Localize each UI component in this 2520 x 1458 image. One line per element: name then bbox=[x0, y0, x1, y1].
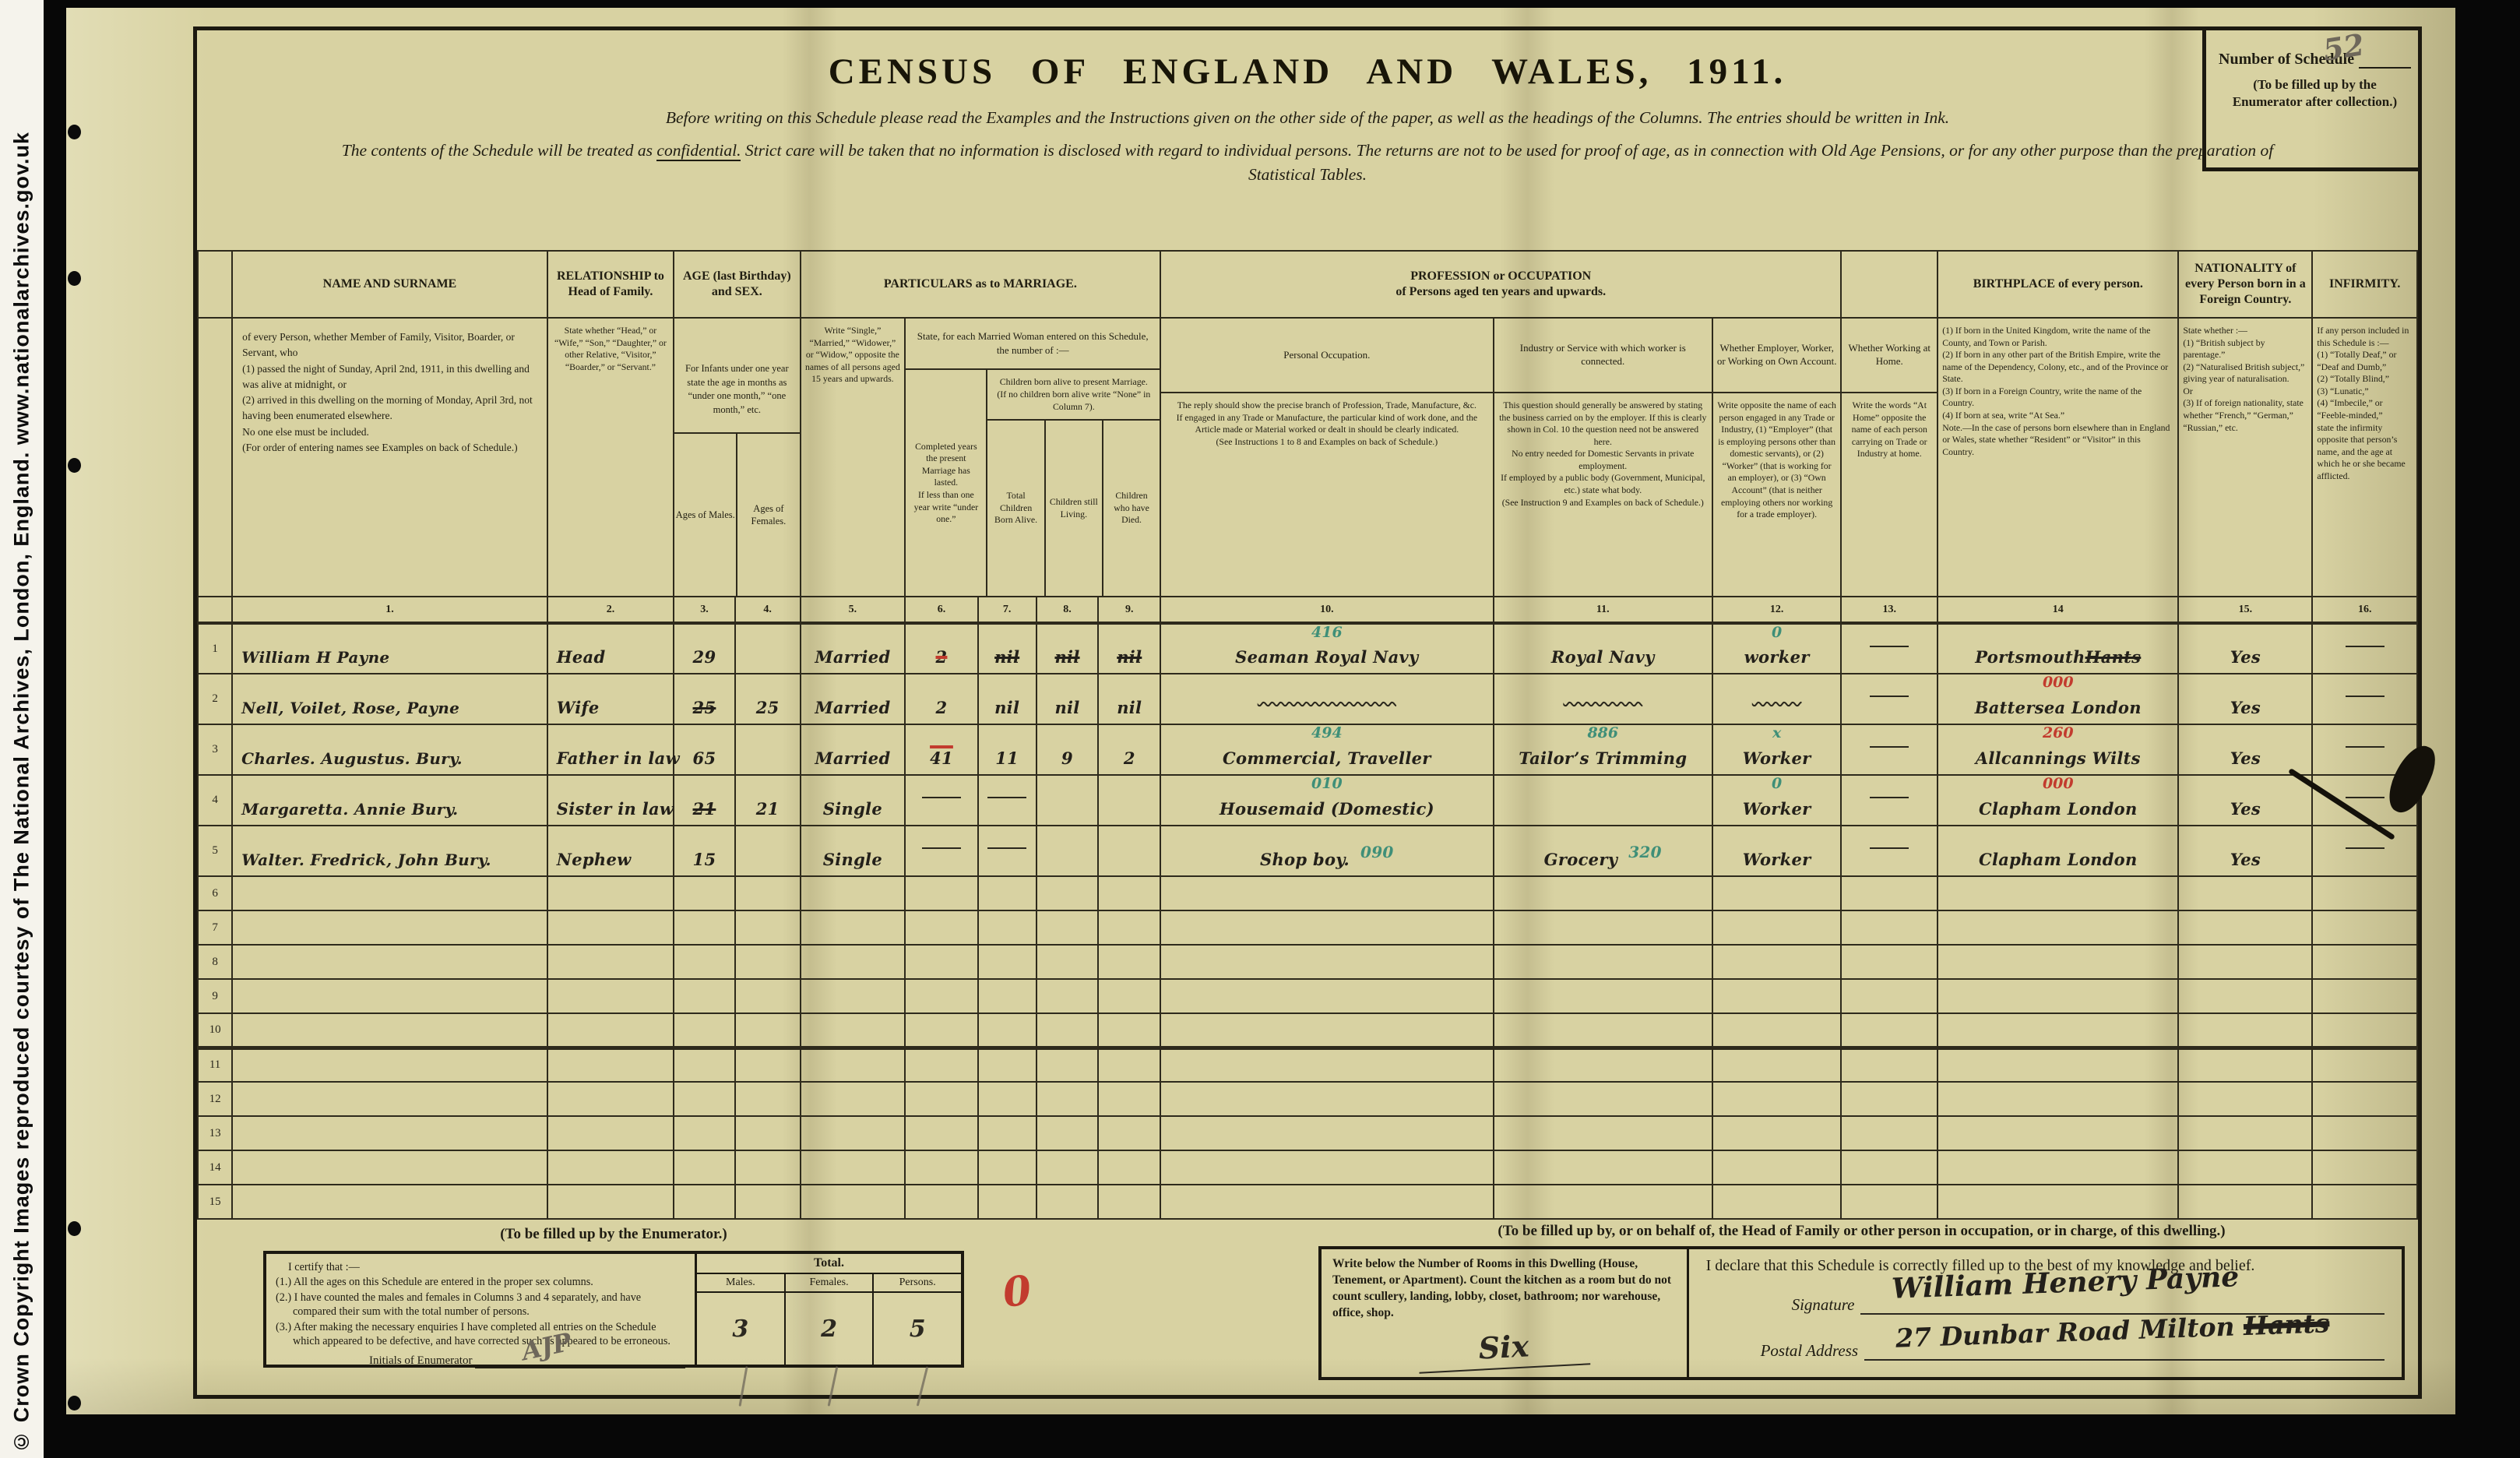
cell-c13 bbox=[1841, 979, 1938, 1013]
dash-mark bbox=[1870, 847, 1909, 849]
punch-hole bbox=[68, 1396, 81, 1410]
cell-c9 bbox=[1098, 1150, 1160, 1185]
table-row-14: 14 bbox=[198, 1150, 2417, 1185]
cell-c15 bbox=[2178, 945, 2312, 979]
col-industry-cell: Industry or Service with which worker is… bbox=[1494, 318, 1712, 597]
cell-c12: xWorker bbox=[1712, 724, 1841, 775]
table-row-12: 12 bbox=[198, 1082, 2417, 1116]
working-at-home-label: Whether Working at Home. bbox=[1842, 319, 1937, 393]
handwritten-entry: Single bbox=[823, 850, 882, 869]
pencil-tick bbox=[739, 1366, 748, 1407]
cell-c14: 000Clapham London bbox=[1938, 775, 2178, 826]
cell-c13 bbox=[1841, 1048, 1938, 1082]
cell-c6 bbox=[905, 910, 977, 945]
cell-c3 bbox=[674, 1116, 735, 1150]
cell-c9 bbox=[1098, 1082, 1160, 1116]
cell-c7 bbox=[978, 979, 1037, 1013]
colnum-blank bbox=[198, 597, 232, 623]
cell-c2: Wife bbox=[547, 674, 674, 724]
col-age-desc-cell: For Infants under one year state the age… bbox=[674, 318, 800, 597]
handwritten-entry: Nephew bbox=[557, 850, 632, 869]
cell-c15 bbox=[2178, 1048, 2312, 1082]
total-label: Total. bbox=[697, 1254, 961, 1274]
cell-c15 bbox=[2178, 876, 2312, 910]
confidential-pre: The contents of the Schedule will be tre… bbox=[342, 141, 657, 160]
cell-c16 bbox=[2312, 623, 2417, 674]
copyright-text: © Crown Copyright Images reproduced cour… bbox=[10, 132, 34, 1453]
cell-c12 bbox=[1712, 1185, 1841, 1219]
cell-c2 bbox=[547, 1013, 674, 1048]
rooms-text: Write below the Number of Rooms in this … bbox=[1332, 1257, 1671, 1319]
handwritten-entry: Battersea London bbox=[1975, 698, 2142, 717]
males-label: Males. bbox=[697, 1274, 784, 1293]
cell-c8 bbox=[1037, 826, 1099, 876]
handwritten-entry: 29 bbox=[693, 647, 716, 667]
cell-c12: Worker bbox=[1712, 826, 1841, 876]
cell-c9 bbox=[1098, 910, 1160, 945]
cell-c4 bbox=[735, 1185, 801, 1219]
cell-c13 bbox=[1841, 1082, 1938, 1116]
cell-c6 bbox=[905, 1082, 977, 1116]
cell-c5: Single bbox=[801, 775, 906, 826]
cell-c9 bbox=[1098, 1013, 1160, 1048]
cell-c6: 41 bbox=[905, 724, 977, 775]
cell-c7 bbox=[978, 775, 1037, 826]
cell-c8 bbox=[1037, 1185, 1099, 1219]
handwritten-entry: Seaman Royal Navy bbox=[1235, 647, 1418, 667]
handwritten-entry: 25 bbox=[693, 698, 716, 717]
cell-c14: Portsmouth Hants bbox=[1938, 623, 2178, 674]
working-at-home-desc: Write the words “At Home” opposite the n… bbox=[1842, 393, 1937, 596]
cell-c1 bbox=[232, 876, 547, 910]
row-number: 3 bbox=[198, 724, 232, 775]
cell-c6 bbox=[905, 1013, 977, 1048]
row-number: 4 bbox=[198, 775, 232, 826]
cell-c1 bbox=[232, 1082, 547, 1116]
cell-c7 bbox=[978, 1150, 1037, 1185]
cell-c12: 0Worker bbox=[1712, 775, 1841, 826]
handwritten-entry: Married bbox=[815, 698, 890, 717]
cell-c3: 25 bbox=[674, 674, 735, 724]
dwelling-caption: (To be filled up by, or on behalf of, th… bbox=[1318, 1223, 2405, 1240]
ages-of-females-label: Ages of Females. bbox=[737, 434, 799, 596]
cell-c1: Charles. Augustus. Bury. bbox=[232, 724, 547, 775]
census-schedule-page: CENSUS OF ENGLAND AND WALES, 1911. Befor… bbox=[66, 8, 2455, 1414]
cell-c5 bbox=[801, 979, 906, 1013]
schedule-number-rule bbox=[2359, 50, 2411, 69]
cell-c11 bbox=[1494, 910, 1712, 945]
cell-c3: 29 bbox=[674, 623, 735, 674]
cell-c4 bbox=[735, 945, 801, 979]
cell-c8 bbox=[1037, 876, 1099, 910]
cell-c15 bbox=[2178, 979, 2312, 1013]
table-row-13: 13 bbox=[198, 1116, 2417, 1150]
handwritten-entry: Single bbox=[823, 799, 882, 819]
cell-c9 bbox=[1098, 1116, 1160, 1150]
cell-c11 bbox=[1494, 775, 1712, 826]
handwritten-entry: Housemaid (Domestic) bbox=[1220, 799, 1434, 819]
green-annotation: 010 bbox=[1311, 777, 1343, 791]
cell-c8: nil bbox=[1037, 623, 1099, 674]
cell-c16 bbox=[2312, 910, 2417, 945]
cell-c7: 11 bbox=[978, 724, 1037, 775]
cell-c14 bbox=[1938, 1150, 2178, 1185]
cell-c12 bbox=[1712, 1013, 1841, 1048]
header-desc-row: of every Person, whether Member of Famil… bbox=[198, 318, 2417, 597]
cell-c2: Sister in law bbox=[547, 775, 674, 826]
initials-label: Initials of Enumerator bbox=[369, 1354, 472, 1369]
cell-c10 bbox=[1160, 945, 1493, 979]
males-total-value: 3 bbox=[697, 1293, 784, 1365]
cell-c14 bbox=[1938, 876, 2178, 910]
cell-c11 bbox=[1494, 1185, 1712, 1219]
dash-mark bbox=[987, 797, 1026, 798]
cell-c9: 2 bbox=[1098, 724, 1160, 775]
cell-c7 bbox=[978, 1082, 1037, 1116]
cell-c16 bbox=[2312, 1150, 2417, 1185]
pencil-tick bbox=[917, 1366, 928, 1406]
cell-c6 bbox=[905, 826, 977, 876]
cell-c16 bbox=[2312, 1185, 2417, 1219]
cell-c11 bbox=[1494, 1048, 1712, 1082]
cell-c6: 2 bbox=[905, 674, 977, 724]
cell-c2: Father in law bbox=[547, 724, 674, 775]
census-table: NAME AND SURNAME RELATIONSHIP to Head of… bbox=[197, 250, 2418, 1220]
cell-c16 bbox=[2312, 1116, 2417, 1150]
cell-c1: Walter. Fredrick, John Bury. bbox=[232, 826, 547, 876]
cell-c1 bbox=[232, 1116, 547, 1150]
row-number: 2 bbox=[198, 674, 232, 724]
females-total-col: Females. 2 bbox=[786, 1274, 875, 1365]
dash-mark bbox=[2346, 797, 2384, 798]
schedule-number-line: Number of Schedule 52 bbox=[2219, 50, 2411, 69]
row-number: 9 bbox=[198, 979, 232, 1013]
cell-c14: Clapham London bbox=[1938, 826, 2178, 876]
cell-c8 bbox=[1037, 945, 1099, 979]
handwritten-entry: Married bbox=[815, 748, 890, 768]
colnum-4: 4. bbox=[735, 597, 801, 623]
handwritten-entry: 21 bbox=[756, 799, 780, 819]
colnum-1: 1. bbox=[232, 597, 547, 623]
cell-c1 bbox=[232, 1048, 547, 1082]
cell-c8 bbox=[1037, 910, 1099, 945]
wavy-mark: xxxxxxxxxxxxxx bbox=[1258, 688, 1396, 705]
punch-hole bbox=[68, 125, 81, 139]
cell-c14 bbox=[1938, 1082, 2178, 1116]
cell-c3 bbox=[674, 876, 735, 910]
handwritten-entry: Charles. Augustus. Bury. bbox=[241, 749, 463, 768]
cell-c14: 000Battersea London bbox=[1938, 674, 2178, 724]
cell-c5 bbox=[801, 876, 906, 910]
table-row-3: 3Charles. Augustus. Bury.Father in law65… bbox=[198, 724, 2417, 775]
cell-c5 bbox=[801, 1048, 906, 1082]
enumerator-certify: I certify that :— (1.) All the ages on t… bbox=[266, 1254, 697, 1365]
dash-mark bbox=[2346, 847, 2384, 849]
red-annotation: 000 bbox=[2043, 675, 2074, 689]
green-annotation: 090 bbox=[1360, 843, 1394, 861]
certify-lead: I certify that :— bbox=[276, 1260, 685, 1274]
cell-c8 bbox=[1037, 1082, 1099, 1116]
colnum-10: 10. bbox=[1160, 597, 1493, 623]
cell-c4 bbox=[735, 1013, 801, 1048]
children-living-label: Children still Living. bbox=[1046, 421, 1103, 596]
handwritten-entry: 25 bbox=[756, 698, 780, 717]
col-birthplace-desc: (1) If born in the United Kingdom, write… bbox=[1938, 318, 2178, 597]
handwritten-entry: Worker bbox=[1743, 850, 1811, 869]
cell-c15: Yes bbox=[2178, 724, 2312, 775]
industry-desc: This question should generally be answer… bbox=[1494, 393, 1712, 596]
col-nationality-desc: State whether :— (1) “British subject by… bbox=[2178, 318, 2312, 597]
green-annotation: x bbox=[1772, 726, 1781, 740]
handwritten-entry: Clapham London bbox=[1979, 850, 2138, 869]
cell-c3 bbox=[674, 910, 735, 945]
cell-c16 bbox=[2312, 876, 2417, 910]
cell-c16 bbox=[2312, 1082, 2417, 1116]
cell-c5 bbox=[801, 1082, 906, 1116]
dash-mark bbox=[987, 847, 1026, 849]
cell-c14 bbox=[1938, 945, 2178, 979]
cell-c15: Yes bbox=[2178, 826, 2312, 876]
children-born-label: Total Children Born Alive. bbox=[987, 421, 1045, 596]
cell-c6 bbox=[905, 775, 977, 826]
wavy-mark: xxxxx bbox=[1752, 688, 1802, 705]
table-row-4: 4Margaretta. Annie Bury.Sister in law212… bbox=[198, 775, 2417, 826]
cell-c4 bbox=[735, 1150, 801, 1185]
table-row-1: 1William H PayneHead29Married2nilnilnil4… bbox=[198, 623, 2417, 674]
rooms-panel: Write below the Number of Rooms in this … bbox=[1322, 1249, 1689, 1377]
handwritten-entry: nil bbox=[994, 647, 1019, 667]
cell-c4: 25 bbox=[735, 674, 801, 724]
cell-c11: Grocery320 bbox=[1494, 826, 1712, 876]
handwritten-entry: William H Payne bbox=[241, 648, 389, 667]
cell-c4 bbox=[735, 1048, 801, 1082]
bottom-section: (To be filled up by the Enumerator.) I c… bbox=[197, 1220, 2418, 1403]
cell-c16 bbox=[2312, 979, 2417, 1013]
col-name-title: NAME AND SURNAME bbox=[232, 251, 547, 318]
cell-c3: 65 bbox=[674, 724, 735, 775]
cell-c7 bbox=[978, 910, 1037, 945]
cell-c6 bbox=[905, 945, 977, 979]
cell-c8 bbox=[1037, 1150, 1099, 1185]
cell-c5 bbox=[801, 910, 906, 945]
colnum-14: 14 bbox=[1938, 597, 2178, 623]
cell-c14 bbox=[1938, 910, 2178, 945]
cell-c12 bbox=[1712, 1048, 1841, 1082]
cell-c13 bbox=[1841, 674, 1938, 724]
cell-c7 bbox=[978, 876, 1037, 910]
cell-c13 bbox=[1841, 945, 1938, 979]
table-row-9: 9 bbox=[198, 979, 2417, 1013]
ages-of-males-label: Ages of Males. bbox=[674, 434, 737, 596]
cell-c7 bbox=[978, 826, 1037, 876]
table-row-8: 8 bbox=[198, 945, 2417, 979]
females-label: Females. bbox=[786, 1274, 873, 1293]
col-marital-desc: Write “Single,” “Married,” “Widower,” or… bbox=[801, 318, 906, 597]
cell-c2: Head bbox=[547, 623, 674, 674]
cell-c10 bbox=[1160, 1082, 1493, 1116]
cell-c15 bbox=[2178, 910, 2312, 945]
handwritten-entry: Worker bbox=[1743, 799, 1811, 819]
table-row-7: 7 bbox=[198, 910, 2417, 945]
col-infirmity-desc: If any person included in this Schedule … bbox=[2312, 318, 2417, 597]
cell-c2 bbox=[547, 1082, 674, 1116]
employer-worker-desc: Write opposite the name of each person e… bbox=[1713, 393, 1840, 596]
cell-c5: Married bbox=[801, 674, 906, 724]
handwritten-entry: Margaretta. Annie Bury. bbox=[241, 800, 458, 819]
handwritten-entry: Commercial, Traveller bbox=[1223, 748, 1431, 768]
cell-c10 bbox=[1160, 1116, 1493, 1150]
handwritten-entry: nil bbox=[1054, 647, 1079, 667]
pencil-tick bbox=[828, 1366, 839, 1406]
handwritten-entry: worker bbox=[1744, 647, 1810, 667]
cell-c7 bbox=[978, 1185, 1037, 1219]
cell-c1 bbox=[232, 945, 547, 979]
cell-c10 bbox=[1160, 1185, 1493, 1219]
cell-c8: nil bbox=[1037, 674, 1099, 724]
cell-c11 bbox=[1494, 876, 1712, 910]
cell-c1: William H Payne bbox=[232, 623, 547, 674]
cell-c3 bbox=[674, 1150, 735, 1185]
dash-mark bbox=[922, 797, 961, 798]
cell-c9 bbox=[1098, 1185, 1160, 1219]
handwritten-entry: Nell, Voilet, Rose, Payne bbox=[241, 699, 459, 717]
cell-c14 bbox=[1938, 1013, 2178, 1048]
cell-c1 bbox=[232, 1013, 547, 1048]
cell-c14: 260Allcannings Wilts bbox=[1938, 724, 2178, 775]
colnum-11: 11. bbox=[1494, 597, 1712, 623]
cell-c15: Yes bbox=[2178, 623, 2312, 674]
cell-c13 bbox=[1841, 876, 1938, 910]
cell-c13 bbox=[1841, 910, 1938, 945]
cell-c1: Margaretta. Annie Bury. bbox=[232, 775, 547, 826]
cell-c11: xxxxxxxx bbox=[1494, 674, 1712, 724]
cell-c12: 0worker bbox=[1712, 623, 1841, 674]
cell-c11 bbox=[1494, 1150, 1712, 1185]
form-header: CENSUS OF ENGLAND AND WALES, 1911. Befor… bbox=[197, 30, 2418, 250]
column-number-row: 1. 2. 3. 4. 5. 6. 7. 8. 9. 10. 11. 12. 1… bbox=[198, 597, 2417, 623]
cell-c10: 416Seaman Royal Navy bbox=[1160, 623, 1493, 674]
postal-address-struck-county: Hants bbox=[2243, 1308, 2330, 1341]
personal-occupation-desc: The reply should show the precise branch… bbox=[1161, 393, 1492, 596]
females-total-value: 2 bbox=[786, 1293, 873, 1365]
cell-c16 bbox=[2312, 1048, 2417, 1082]
cell-c1 bbox=[232, 979, 547, 1013]
declaration-box: Write below the Number of Rooms in this … bbox=[1318, 1246, 2405, 1380]
cell-c3: 21 bbox=[674, 775, 735, 826]
handwritten-entry: Hants bbox=[2085, 647, 2142, 667]
cell-c8 bbox=[1037, 775, 1099, 826]
handwritten-entry: Royal Navy bbox=[1551, 647, 1655, 667]
handwritten-entry: Shop boy. bbox=[1260, 850, 1350, 869]
page-title: CENSUS OF ENGLAND AND WALES, 1911. bbox=[197, 30, 2418, 93]
cell-c7: nil bbox=[978, 623, 1037, 674]
cell-c12 bbox=[1712, 1116, 1841, 1150]
handwritten-entry: Father in law bbox=[557, 748, 680, 768]
cell-c3 bbox=[674, 979, 735, 1013]
table-row-5: 5Walter. Fredrick, John Bury.Nephew15Sin… bbox=[198, 826, 2417, 876]
cell-c5 bbox=[801, 1185, 906, 1219]
green-annotation: 494 bbox=[1311, 726, 1343, 740]
instruction-line: Before writing on this Schedule please r… bbox=[334, 108, 2281, 128]
handwritten-entry: Yes bbox=[2230, 748, 2261, 768]
cell-c4 bbox=[735, 910, 801, 945]
certify-item-2: (2.) I have counted the males and female… bbox=[276, 1291, 685, 1319]
handwritten-entry: nil bbox=[994, 698, 1019, 717]
handwritten-entry: Married bbox=[815, 647, 890, 667]
col-married-woman-cell: State, for each Married Woman entered on… bbox=[905, 318, 1160, 597]
enumerator-initials-row: Initials of Enumerator AJP bbox=[276, 1354, 685, 1369]
green-annotation: 0 bbox=[1772, 625, 1782, 639]
form-frame: CENSUS OF ENGLAND AND WALES, 1911. Befor… bbox=[193, 26, 2422, 1399]
handwritten-entry: 11 bbox=[995, 748, 1019, 768]
handwritten-entry: Clapham London bbox=[1979, 799, 2138, 819]
cell-c11 bbox=[1494, 979, 1712, 1013]
cell-c8 bbox=[1037, 1048, 1099, 1082]
row-number: 13 bbox=[198, 1116, 232, 1150]
cell-c2 bbox=[547, 876, 674, 910]
dash-mark bbox=[1870, 746, 1909, 748]
row-number: 7 bbox=[198, 910, 232, 945]
cell-c3 bbox=[674, 1013, 735, 1048]
rownum-header bbox=[198, 318, 232, 597]
rooms-value: Six bbox=[1417, 1323, 1591, 1374]
dash-mark bbox=[2346, 746, 2384, 748]
handwritten-entry: Grocery bbox=[1544, 850, 1618, 869]
cell-c11 bbox=[1494, 1013, 1712, 1048]
schedule-number-note: (To be filled up by the Enumerator after… bbox=[2219, 76, 2411, 111]
table-row-15: 15 bbox=[198, 1185, 2417, 1219]
colnum-3: 3. bbox=[674, 597, 735, 623]
cell-c6 bbox=[905, 1150, 977, 1185]
cell-c5: Married bbox=[801, 623, 906, 674]
cell-c4 bbox=[735, 979, 801, 1013]
cell-c6 bbox=[905, 876, 977, 910]
handwritten-entry: Walter. Fredrick, John Bury. bbox=[241, 850, 491, 869]
handwritten-entry: 9 bbox=[1061, 748, 1073, 768]
col-marriage-title: PARTICULARS as to MARRIAGE. bbox=[801, 251, 1161, 318]
cell-c15 bbox=[2178, 1185, 2312, 1219]
postal-address-label: Postal Address bbox=[1761, 1341, 1858, 1361]
cell-c3 bbox=[674, 1048, 735, 1082]
colnum-7: 7. bbox=[978, 597, 1037, 623]
handwritten-entry: 15 bbox=[693, 850, 716, 869]
cell-c15 bbox=[2178, 1013, 2312, 1048]
handwritten-entry: Yes bbox=[2230, 698, 2261, 717]
cell-c6 bbox=[905, 979, 977, 1013]
completed-years-desc: Completed years the present Marriage has… bbox=[906, 370, 987, 596]
dash-mark bbox=[1870, 646, 1909, 647]
dash-mark bbox=[922, 847, 961, 849]
dash-mark bbox=[1870, 696, 1909, 697]
table-row-11: 11 bbox=[198, 1048, 2417, 1082]
punch-hole bbox=[68, 458, 81, 473]
colnum-2: 2. bbox=[547, 597, 674, 623]
cell-c1: Nell, Voilet, Rose, Payne bbox=[232, 674, 547, 724]
cell-c9 bbox=[1098, 945, 1160, 979]
cell-c5: Single bbox=[801, 826, 906, 876]
row-number: 12 bbox=[198, 1082, 232, 1116]
cell-c10: 494Commercial, Traveller bbox=[1160, 724, 1493, 775]
colnum-6: 6. bbox=[905, 597, 977, 623]
cell-c7 bbox=[978, 1048, 1037, 1082]
table-row-6: 6 bbox=[198, 876, 2417, 910]
cell-c14 bbox=[1938, 1048, 2178, 1082]
confidential-post: Strict care will be taken that no inform… bbox=[741, 141, 2273, 184]
colnum-5: 5. bbox=[801, 597, 906, 623]
green-annotation: 0 bbox=[1772, 777, 1782, 791]
cell-c11: 886Tailor’s Trimming bbox=[1494, 724, 1712, 775]
cell-c1 bbox=[232, 1150, 547, 1185]
